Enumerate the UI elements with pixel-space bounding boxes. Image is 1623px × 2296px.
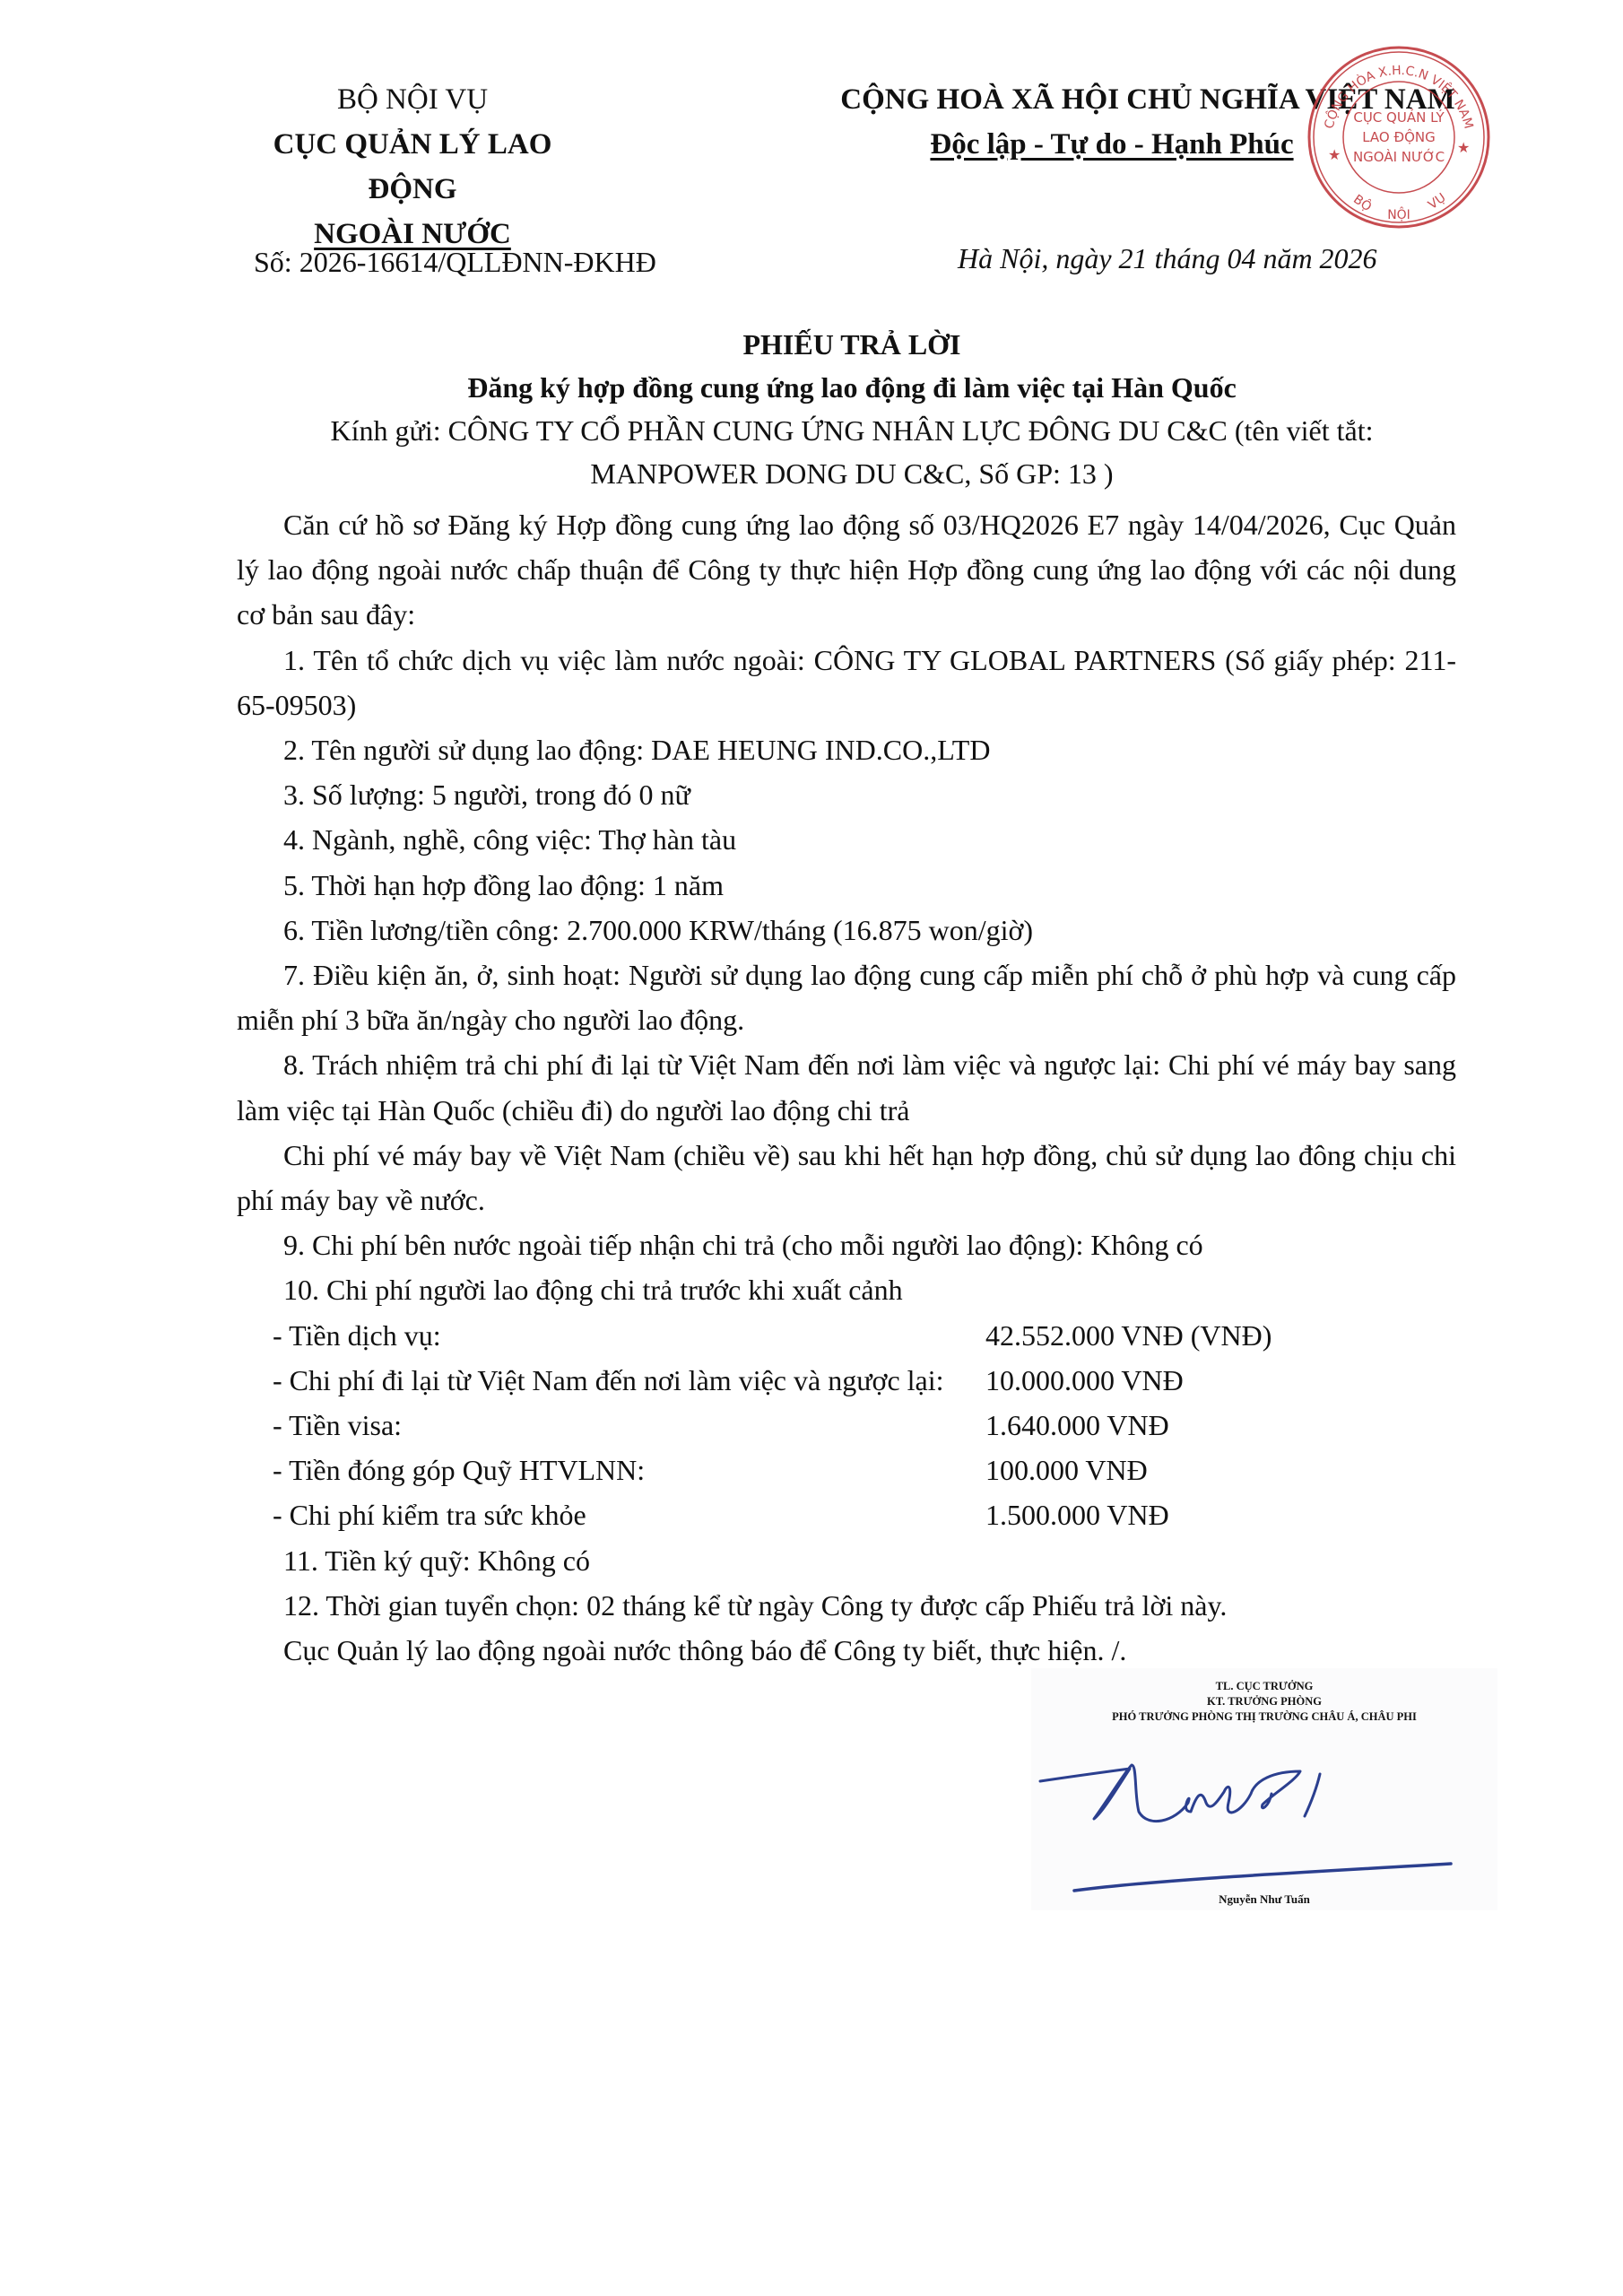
svg-text:★: ★ xyxy=(1457,139,1470,156)
item-3: 3. Số lượng: 5 người, trong đó 0 nữ xyxy=(237,772,1456,817)
closing-notice: Cục Quản lý lao động ngoài nước thông bá… xyxy=(237,1628,1456,1673)
issuing-agency-header: BỘ NỘI VỤ CỤC QUẢN LÝ LAO ĐỘNG NGOÀI NƯỚ… xyxy=(233,77,592,257)
item-11: 11. Tiền ký quỹ: Không có xyxy=(237,1538,1456,1583)
fee-value: 1.500.000 VNĐ xyxy=(985,1492,1456,1537)
item-10: 10. Chi phí người lao động chi trả trước… xyxy=(237,1267,1456,1312)
fee-label: - Tiền visa: xyxy=(237,1403,985,1448)
item-2: 2. Tên người sử dụng lao động: DAE HEUNG… xyxy=(237,727,1456,772)
agency-name-line1: CỤC QUẢN LÝ LAO ĐỘNG xyxy=(233,122,592,212)
signature-block: TL. CỤC TRƯỞNG KT. TRƯỞNG PHÒNG PHÓ TRƯỞ… xyxy=(1031,1668,1497,1910)
stamp-center-line3: NGOÀI NƯỚC xyxy=(1353,148,1445,165)
stamp-bottom-1: BỘ xyxy=(1350,191,1375,215)
fee-value: 42.552.000 VNĐ (VNĐ) xyxy=(985,1313,1456,1358)
fee-label: - Tiền dịch vụ: xyxy=(237,1313,985,1358)
ministry-name: BỘ NỘI VỤ xyxy=(233,77,592,122)
official-stamp-icon: CỘNG HÒA X.H.C.N VIỆT NAM CỤC QUẢN LÝ LA… xyxy=(1305,43,1493,231)
item-5: 5. Thời hạn hợp đồng lao động: 1 năm xyxy=(237,863,1456,908)
pre-departure-fees-list: - Tiền dịch vụ:42.552.000 VNĐ (VNĐ) - Ch… xyxy=(237,1313,1456,1538)
fee-label: - Tiền đóng góp Quỹ HTVLNN: xyxy=(237,1448,985,1492)
item-12: 12. Thời gian tuyển chọn: 02 tháng kể từ… xyxy=(237,1583,1456,1628)
svg-text:★: ★ xyxy=(1328,146,1341,163)
item-8-continuation: Chi phí vé máy bay về Việt Nam (chiều về… xyxy=(237,1133,1456,1222)
fee-row: - Chi phí đi lại từ Việt Nam đến nơi làm… xyxy=(237,1358,1456,1403)
fee-row: - Tiền đóng góp Quỹ HTVLNN:100.000 VNĐ xyxy=(237,1448,1456,1492)
signer-name: Nguyễn Như Tuấn xyxy=(1031,1892,1497,1907)
stamp-center-line2: LAO ĐỘNG xyxy=(1362,128,1436,145)
fee-label: - Chi phí kiểm tra sức khỏe xyxy=(237,1492,985,1537)
recipient-line1: Kính gửi: CÔNG TY CỔ PHẦN CUNG ỨNG NHÂN … xyxy=(224,409,1480,452)
item-1: 1. Tên tổ chức dịch vụ việc làm nước ngo… xyxy=(237,638,1456,727)
fee-row: - Chi phí kiểm tra sức khỏe1.500.000 VNĐ xyxy=(237,1492,1456,1537)
stamp-center-line1: CỤC QUẢN LÝ xyxy=(1353,108,1445,126)
document-title-block: PHIẾU TRẢ LỜI Đăng ký hợp đồng cung ứng … xyxy=(224,323,1480,495)
document-number: Số: 2026-16614/QLLĐNN-ĐKHĐ xyxy=(254,246,656,279)
fee-value: 10.000.000 VNĐ xyxy=(985,1358,1456,1403)
item-9: 9. Chi phí bên nước ngoài tiếp nhận chi … xyxy=(237,1222,1456,1267)
handwritten-signature-icon xyxy=(1031,1668,1497,1910)
document-body: Căn cứ hồ sơ Đăng ký Hợp đồng cung ứng l… xyxy=(237,502,1456,1673)
fee-value: 1.640.000 VNĐ xyxy=(985,1403,1456,1448)
item-8: 8. Trách nhiệm trả chi phí đi lại từ Việ… xyxy=(237,1042,1456,1132)
item-6: 6. Tiền lương/tiền công: 2.700.000 KRW/t… xyxy=(237,908,1456,952)
item-4: 4. Ngành, nghề, công việc: Thợ hàn tàu xyxy=(237,817,1456,862)
fee-row: - Tiền visa:1.640.000 VNĐ xyxy=(237,1403,1456,1448)
national-motto: Độc lập - Tự do - Hạnh Phúc xyxy=(930,128,1293,161)
fee-label: - Chi phí đi lại từ Việt Nam đến nơi làm… xyxy=(237,1358,985,1403)
intro-paragraph: Căn cứ hồ sơ Đăng ký Hợp đồng cung ứng l… xyxy=(237,502,1456,638)
fee-value: 100.000 VNĐ xyxy=(985,1448,1456,1492)
recipient-line2: MANPOWER DONG DU C&C, Số GP: 13 ) xyxy=(224,452,1480,495)
document-subtitle: Đăng ký hợp đồng cung ứng lao động đi là… xyxy=(224,366,1480,409)
document-title: PHIẾU TRẢ LỜI xyxy=(224,323,1480,366)
fee-row: - Tiền dịch vụ:42.552.000 VNĐ (VNĐ) xyxy=(237,1313,1456,1358)
place-date: Hà Nội, ngày 21 tháng 04 năm 2026 xyxy=(958,242,1377,275)
item-7: 7. Điều kiện ăn, ở, sinh hoạt: Người sử … xyxy=(237,952,1456,1042)
stamp-bottom-2: NỘI xyxy=(1387,206,1410,222)
